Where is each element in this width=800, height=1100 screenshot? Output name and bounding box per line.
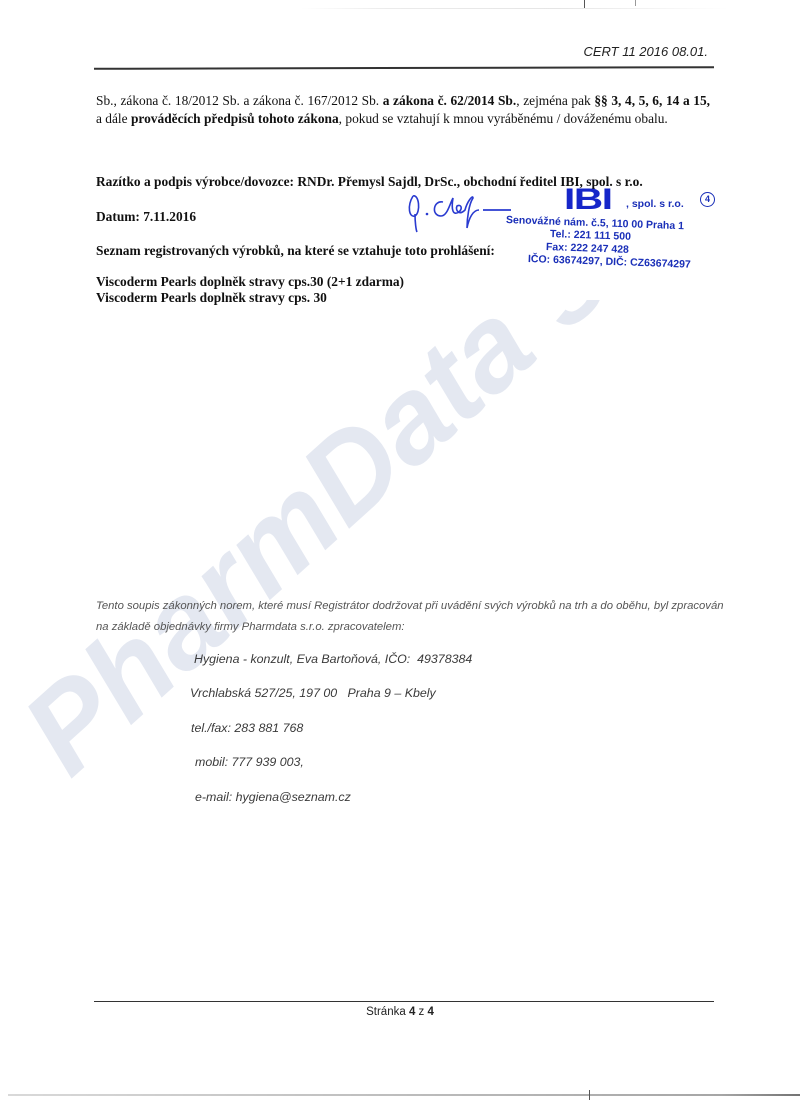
- scan-edge-bottom: [8, 1094, 800, 1096]
- contact-address: Vrchlabská 527/25, 197 00 Praha 9 – Kbel…: [190, 686, 436, 700]
- footer-divider: [94, 1001, 714, 1002]
- scan-mark: [635, 0, 636, 6]
- paragraph-part-bold: a zákona č. 62/2014 Sb.: [383, 93, 516, 108]
- paragraph-part: , pokud se vztahují k mnou vyráběnému / …: [339, 111, 668, 126]
- scan-edge-top: [300, 8, 730, 9]
- page-number: Stránka 4 z 4: [0, 1006, 800, 1018]
- watermark-text: PharmData s.r.o.: [10, 300, 791, 799]
- processor-note: Tento soupis zákonných norem, které musí…: [96, 596, 726, 638]
- company-stamp: IBI , spol. s r.o. 4 Senovážné nám. č.5,…: [508, 186, 728, 286]
- page-separator: z: [415, 1006, 427, 1018]
- stamp-number-badge: 4: [700, 192, 715, 207]
- page-prefix: Stránka: [366, 1006, 409, 1018]
- header-divider: [94, 66, 714, 70]
- scan-mark: [589, 1090, 590, 1100]
- scan-mark: [584, 0, 585, 8]
- paragraph-part: a dále: [96, 111, 131, 126]
- body-paragraph: Sb., zákona č. 18/2012 Sb. a zákona č. 1…: [96, 92, 710, 128]
- ibi-logo: IBI: [564, 186, 612, 214]
- paragraph-part: Sb., zákona č. 18/2012 Sb. a zákona č. 1…: [96, 93, 383, 108]
- paragraph-part-bold: §§ 3, 4, 5, 6, 14 a 15,: [594, 93, 710, 108]
- document-id: CERT 11 2016 08.01.: [583, 44, 708, 59]
- product-item: Viscoderm Pearls doplněk stravy cps. 30: [96, 290, 404, 306]
- date-label: Datum: 7.11.2016: [96, 209, 196, 225]
- stamp-ids: IČO: 63674297, DIČ: CZ63674297: [528, 253, 691, 271]
- contact-name: Hygiena - konzult, Eva Bartoňová, IČO: 4…: [194, 652, 472, 666]
- watermark: PharmData s.r.o.: [10, 300, 800, 800]
- signature: P. Sajdl: [403, 188, 513, 236]
- page-total: 4: [427, 1006, 433, 1018]
- product-list-label: Seznam registrovaných výrobků, na které …: [96, 243, 495, 259]
- contact-mobile: mobil: 777 939 003,: [195, 755, 304, 769]
- stamp-company-suffix: , spol. s r.o.: [626, 198, 684, 210]
- contact-telfax: tel./fax: 283 881 768: [191, 721, 303, 735]
- product-item: Viscoderm Pearls doplněk stravy cps.30 (…: [96, 274, 404, 290]
- contact-email: e-mail: hygiena@seznam.cz: [195, 790, 351, 804]
- paragraph-part-bold: prováděcích předpisů tohoto zákona: [131, 111, 339, 126]
- product-list: Viscoderm Pearls doplněk stravy cps.30 (…: [96, 274, 404, 306]
- paragraph-part: , zejména pak: [516, 93, 594, 108]
